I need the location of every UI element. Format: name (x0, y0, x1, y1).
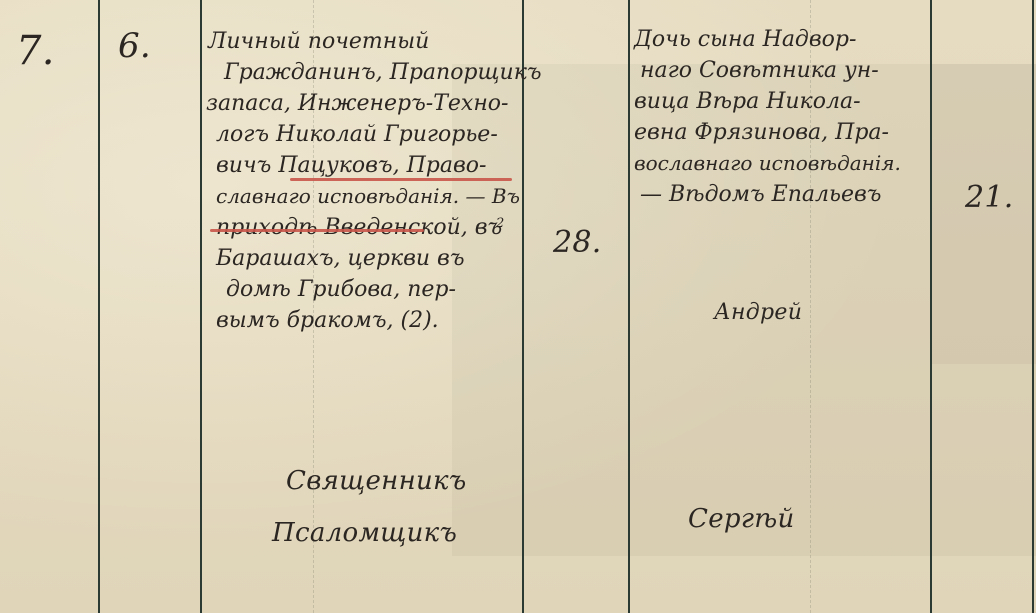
bride-line: вославнаго исповѣданія. (634, 148, 901, 179)
groom-line: славнаго исповѣданія. — Въ (206, 181, 542, 212)
groom-line: Барашахъ, церкви въ (206, 243, 542, 274)
surname-underline (210, 229, 424, 232)
column-rule (930, 0, 932, 613)
signature-psalmist: Псаломщикъ (272, 518, 457, 548)
groom-line: Гражданинъ, Прапорщикъ (206, 57, 542, 88)
column-rule (98, 0, 100, 613)
signature-witness-2: Сергѣй (688, 504, 795, 534)
groom-line: запаса, Инженеръ-Техно- (206, 88, 542, 119)
groom-line: приходѣ Введенской, въ (206, 212, 542, 243)
column-rule (628, 0, 630, 613)
signature-priest: Священникъ (286, 466, 467, 496)
groom-line: Личный почетный (206, 26, 542, 57)
bride-line: вица Вѣра Никола- (634, 86, 901, 117)
groom-entry: Личный почетный Гражданинъ, Прапорщикъ з… (206, 26, 542, 336)
register-page: 7. 6. Личный почетный Гражданинъ, Прапор… (0, 0, 1036, 613)
bride-line: Дочь сына Надвор- (634, 24, 901, 55)
fraction-mark: 2 (496, 216, 504, 231)
name-underline (290, 178, 512, 181)
groom-line: домѣ Грибова, пер- (206, 274, 542, 305)
groom-line: вымъ бракомъ, (2). (206, 305, 542, 336)
groom-line: вичъ Пацуковъ, Право- (206, 150, 542, 181)
bride-line: наго Совѣтника ун- (634, 55, 901, 86)
groom-age: 28. (553, 225, 602, 260)
column-rule (1032, 0, 1034, 613)
bride-entry: Дочь сына Надвор- наго Совѣтника ун- виц… (634, 24, 901, 210)
record-number: 7. (16, 28, 55, 74)
signature-witness-1: Андрей (714, 300, 802, 325)
groom-line: логъ Николай Григорье- (206, 119, 542, 150)
column-rule (200, 0, 202, 613)
bride-line: евна Фрязинова, Пра- (634, 117, 901, 148)
bride-age: 21. (965, 180, 1014, 215)
bride-line: — Вѣдомъ Епальевъ (634, 179, 901, 210)
record-day: 6. (118, 26, 151, 66)
